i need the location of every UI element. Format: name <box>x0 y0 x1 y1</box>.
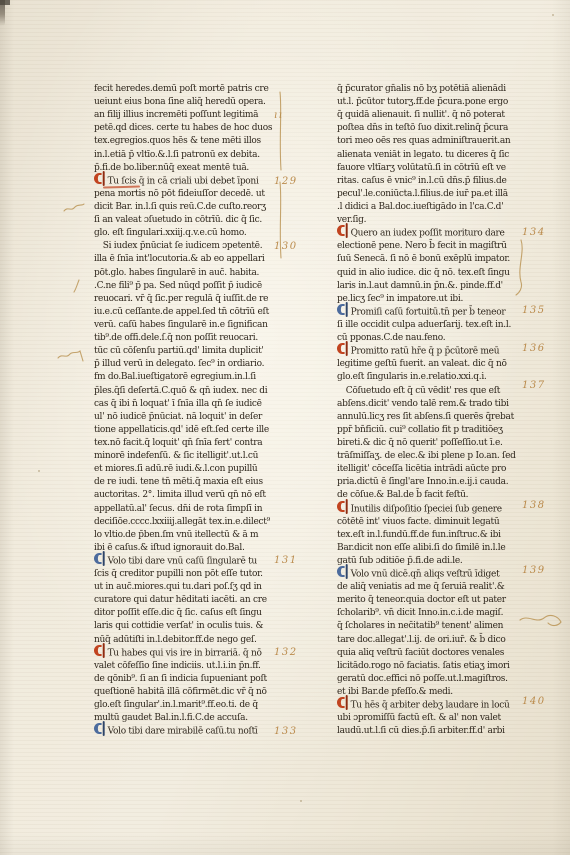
text-line: geratū doc.effici nō poſſe.ut.l.magiſtro… <box>337 672 527 685</box>
left-margin-mark-2 <box>72 278 82 294</box>
text-line: q̄ ſcholares in nec̄itatib⁹ tenent' alim… <box>337 619 527 632</box>
pilcrow-icon <box>94 174 107 185</box>
text-line: ſcis q̄ creditor pupilli non pōt eſſe tu… <box>94 567 284 580</box>
text-column-right: q̄ p̄curator gn̄alis nō bʒ potētiā alien… <box>337 82 533 737</box>
text-line: Tu ſcis q̄ in cā criali ubi debet īponi <box>94 174 284 187</box>
text-line: tori meo oēs res quas adminiſtrauerit.an <box>337 134 527 147</box>
pilcrow-icon <box>337 226 350 237</box>
text-line: tex.nō facit.q̄ loquit' qn̄ ſnīa fert' c… <box>94 436 284 449</box>
text-line: pria.dictū ē ſingl'are Inno.in.e.ij.i ca… <box>337 475 527 488</box>
text-line: p̄les.q̄ſi deſertā.C.quō & qn̄ iudex. ne… <box>94 384 284 397</box>
text-line: fauore vltīarʒ volūtatū.ſi in cōtrīū eſt… <box>337 161 527 174</box>
text-line: ut in auc̄.miores.qui tu.dari poſ.ſʒ qd … <box>94 580 284 593</box>
left-margin-mark-3 <box>56 348 86 364</box>
text-line: verū. caſū habes ſingularē in.e ſignific… <box>94 318 284 331</box>
text-line: licitādo.rogo nō faciatis. ſatis etiaʒ i… <box>337 659 527 672</box>
text-line: de re iudi. tene tn̄ mēti.q̄ maxia eſt e… <box>94 475 284 488</box>
text-line: cas q̄ ibi n̄ loquat' ī ſnīa illa qn̄ ſe… <box>94 397 284 410</box>
margin-annotation: ıı <box>274 110 283 121</box>
left-margin-mark-1 <box>62 202 86 216</box>
text-line: queſtionē habitā illā cōfirmēt.dic vr̄ q… <box>94 685 284 698</box>
paper-speck <box>300 800 302 802</box>
text-line: ppr̄ bn̄ficiū. cui⁹ collatio fit p tradi… <box>337 423 527 436</box>
text-line: petē.qd dices. certe tu habes de hoc duo… <box>94 121 284 134</box>
text-line: lo vltio.de p̄ben.ſm vnū itellectū & ā m <box>94 528 284 541</box>
book-page-scan: { "page": { "description": "Incunabulum … <box>0 0 570 855</box>
text-line: Tu hēs q̄ arbiter debʒ laudare in locū <box>337 698 527 711</box>
text-line: de qōnib⁹. ſi an ſi indicia ſupueniant p… <box>94 672 284 685</box>
text-line: multū gaudet Bal.in.l.fi.C.de accuſa. <box>94 711 284 724</box>
text-line: cōtētē int' viuos facte. diminuit legatū <box>337 515 527 528</box>
pilcrow-icon <box>94 554 107 565</box>
margin-annotation: 140 <box>522 696 546 707</box>
text-line: Si iudex p̄nūciat ſe iudicem ɔpetentē. <box>94 239 284 252</box>
text-line: p̄ illud verū in delegato. ſec⁹ in ordia… <box>94 357 284 370</box>
paper-speck <box>552 14 554 16</box>
text-line: et ibi Bar.de pfeſſo.& medi. <box>337 685 527 698</box>
text-line: Cōſuetudo eſt q̄ cū vēdit' res que eſt <box>337 384 527 397</box>
text-line: ibi ē caſus.& iſtud ignorauit do.Bal. <box>94 541 284 554</box>
text-line: laris in.l.aut damnū.in p̄n.&. pinde.ff.… <box>337 279 527 292</box>
text-line: quid in alio iudice. dic q̄ nō. tex.eſt … <box>337 266 527 279</box>
text-line: de aliq̄ veniatis ad me q̄ ſeruiā realit… <box>337 580 527 593</box>
margin-annotation: 135 <box>522 305 546 316</box>
text-line: pena mortis nō pōt fideiuſſor decedē. ut <box>94 187 284 200</box>
margin-annotation: 137 <box>522 380 546 391</box>
text-line: pōt.glo. habes ſingularē in auc̄. habita… <box>94 266 284 279</box>
text-line: pecul'.le.coniūcta.l.filius.de iur̄ pa.e… <box>337 187 527 200</box>
text-line: in.l.etiā p̄ vltīo.&.l.ſi patronū ex deb… <box>94 148 284 161</box>
text-line: glo.eſt ſingular'.in.l.marit⁹.ff.eo.ti. … <box>94 698 284 711</box>
margin-annotation: 130 <box>274 241 298 252</box>
margin-annotation: 129 <box>274 176 298 187</box>
text-line: cū pponas.C.de nau.feno. <box>337 331 527 344</box>
text-line: fecit heredes.demū poſt mortē patris cre <box>94 82 284 95</box>
margin-annotation: 134 <box>522 227 546 238</box>
text-line: quia aliq veſtrū faciūt doctores venales <box>337 646 527 659</box>
text-line: ditor poſſit eſſe.dic q̄ ſic. caſus eſt … <box>94 606 284 619</box>
text-line: Volo tibi dare vnū caſū ſingularē tu <box>94 554 284 567</box>
text-line: Promitto ratū hr̄e q̄ p p̄cūtorē meū <box>337 344 527 357</box>
text-line: tex.egregios.quos hēs & tene mēti illos <box>94 134 284 147</box>
text-line: alienata veniāt in legato. tu diceres q̄… <box>337 148 527 161</box>
text-line: Tu habes qui vis ire in birrariā. q̄ nō <box>94 646 284 659</box>
text-line: trāſmiſſaʒ. de elec.& ibi plene p Io.an.… <box>337 449 527 462</box>
text-line: poſtea dn̄s in teſtō ſuo dixit.relinq̄ p… <box>337 121 527 134</box>
text-column-left: fecit heredes.demū poſt mortē patris cre… <box>94 82 290 737</box>
text-line: ut.l. p̄cūtor tutorʒ.ff.de p̄cura.pone e… <box>337 95 527 108</box>
pilcrow-icon <box>337 567 350 578</box>
text-line: ritas. caſus ē vnic⁹ in.l.cū dn̄s.p̄ fil… <box>337 174 527 187</box>
pilcrow-icon <box>337 698 350 709</box>
text-line: gatū ſub ɔditiōe p̄.fi.de adi.le. <box>337 554 527 567</box>
text-line: itelligit' cōceſſa licētia intrādi aūcte… <box>337 462 527 475</box>
text-line: bireti.& dic q̄ nō querit' poſſeſſio.ut … <box>337 436 527 449</box>
text-line: Promiſi caſū fortuitū.tn̄ per b̄ teneor <box>337 305 527 318</box>
text-line: ſi ille occidit culpa aduerſarij. tex.eſ… <box>337 318 527 331</box>
text-line: q̄ quidā alienauit. ſi nullit'. q̄ nō po… <box>337 108 527 121</box>
margin-annotation: 132 <box>274 647 298 658</box>
binding-edge-corner <box>0 0 10 5</box>
text-line: de cōſue.& Bal.de b̄ facit feſtū. <box>337 488 527 501</box>
text-line: ul' nō iudicē p̄nūciat. nā loquit' in de… <box>94 410 284 423</box>
text-line: laudū.ut.l.ſi cū dies.p̄.ſi arbiter.ff.d… <box>337 724 527 737</box>
text-line: ueiunt eius bona ſine aliq̄ heredū opera… <box>94 95 284 108</box>
text-line: tex.eſt in.l.fundū.ff.de fun.inſtruc.& i… <box>337 528 527 541</box>
margin-annotation: 138 <box>522 500 546 511</box>
text-line: illa ē ſnīa int'locutoria.& ab eo appell… <box>94 252 284 265</box>
margin-annotation: 139 <box>522 565 546 576</box>
text-line: fm do.Bal.iueſtigatorē egregium.in.l.ſi <box>94 370 284 383</box>
text-line: .C.ne fili⁹ p̄ pa. Sed nūqd poſſit p̄ iu… <box>94 279 284 292</box>
text-line: auctoritas. 2°. limita illud verū qn̄ nō… <box>94 488 284 501</box>
text-line: ſcholarib⁹. vn̄ dicit Inno.in.c.i.de mag… <box>337 606 527 619</box>
text-line: ubi ɔpromiſſū factū eſt. & al' non valet <box>337 711 527 724</box>
text-line: curatore qui datur hēditati iacēti. an c… <box>94 593 284 606</box>
text-line: appellatū.al' ſecus. dn̄i de rota ſimpſī… <box>94 502 284 515</box>
text-line: electionē pene. Nero b̄ fecit in magiſtr… <box>337 239 527 252</box>
text-line: an filij illius incremēti poſſunt legiti… <box>94 108 284 121</box>
text-line: valet cōfeſſio ſine indiciis. ut.l.i.in … <box>94 659 284 672</box>
text-line: et miores.ſi adū.rē iudi.&.l.con pupillū <box>94 462 284 475</box>
paper-speck <box>38 470 40 472</box>
text-line: dicit Bar. in.l.ſi quis reū.C.de cuſto.r… <box>94 200 284 213</box>
text-line: deciſiōe.cccc.lxxiiij.allegāt tex.in.e.d… <box>94 515 284 528</box>
text-line: tare doc.allegat'.l.ij. de ori.iur̄. & b… <box>337 633 527 646</box>
text-line: glo.eſt ſingularis in.e.relatio.xxi.q.i. <box>337 370 527 383</box>
text-line: reuocari. vr̄ q̄ ſic.per regulā q̄ iuſſi… <box>94 292 284 305</box>
text-line: pe.licʒ ſec⁹ in impatore.ut ibi. <box>337 292 527 305</box>
text-line: nūq̄ adūtiſti in.l.debitor.ff.de nego ge… <box>94 633 284 646</box>
text-line: tūc cū cōſenſu partiū.qd' limita duplici… <box>94 344 284 357</box>
text-line: iu.e.cū ceſſante.de appel.ſed tn̄ cōtrīū… <box>94 305 284 318</box>
text-line: Quero an iudex poſſit morituro dare <box>337 226 527 239</box>
text-line: Inutilis diſpoſitio ſpeciei ſub genere <box>337 502 527 515</box>
text-line: merito q̄ teneor.quia doctor eſt ut pate… <box>337 593 527 606</box>
text-line: laris qui cottidie verſat' in oculis tui… <box>94 619 284 632</box>
text-line: glo. eſt ſingulari.xxiij.q.v.e.cū homo. <box>94 226 284 239</box>
text-line: minorē indefenſū. & ſic itelligit'.ut.l.… <box>94 449 284 462</box>
text-line: ſi an valeat ɔſuetudo in cōtrīū. dic q̄ … <box>94 213 284 226</box>
pilcrow-icon <box>337 305 350 316</box>
text-line: tione appellaticis.qd' idē eſt.ſed certe… <box>94 423 284 436</box>
text-line: Volo vnū dicē.qn̄ aliqs veſtrū īdiget <box>337 567 527 580</box>
text-line: Bar.dicit non eſſe alibi.ſi do ſimilē in… <box>337 541 527 554</box>
pilcrow-icon <box>337 344 350 355</box>
text-line: legitime geſtū fuerit. an valeat. dic q̄… <box>337 357 527 370</box>
text-line: Volo tibi dare mirabilē caſū.tu noſtī <box>94 724 284 737</box>
margin-annotation: 131 <box>274 555 298 566</box>
text-line: tib⁹.de offi.dele.ſ.q̄ non poſſit reuoca… <box>94 331 284 344</box>
pilcrow-icon <box>337 502 350 513</box>
text-line: q̄ p̄curator gn̄alis nō bʒ potētiā alien… <box>337 82 527 95</box>
text-line: ver.ſig. <box>337 213 527 226</box>
margin-annotation: 136 <box>522 343 546 354</box>
text-line: ſuū Senecā. ſi nō ē bonū exēplū impator. <box>337 252 527 265</box>
pilcrow-icon <box>94 724 107 735</box>
text-line: abſens.dicit' vendo talē rem.& trado tib… <box>337 397 527 410</box>
pilcrow-icon <box>94 646 107 657</box>
text-line: annulū.licʒ res ſit abſens.ſi querēs q̄r… <box>337 410 527 423</box>
margin-annotation: 133 <box>274 726 298 737</box>
text-line: p̄.fi.de bo.liber.nūq̄ exeat mentē tuā. <box>94 161 284 174</box>
text-line: .l didici a Bal.doc.iueſtigādo in l'ca.C… <box>337 200 527 213</box>
